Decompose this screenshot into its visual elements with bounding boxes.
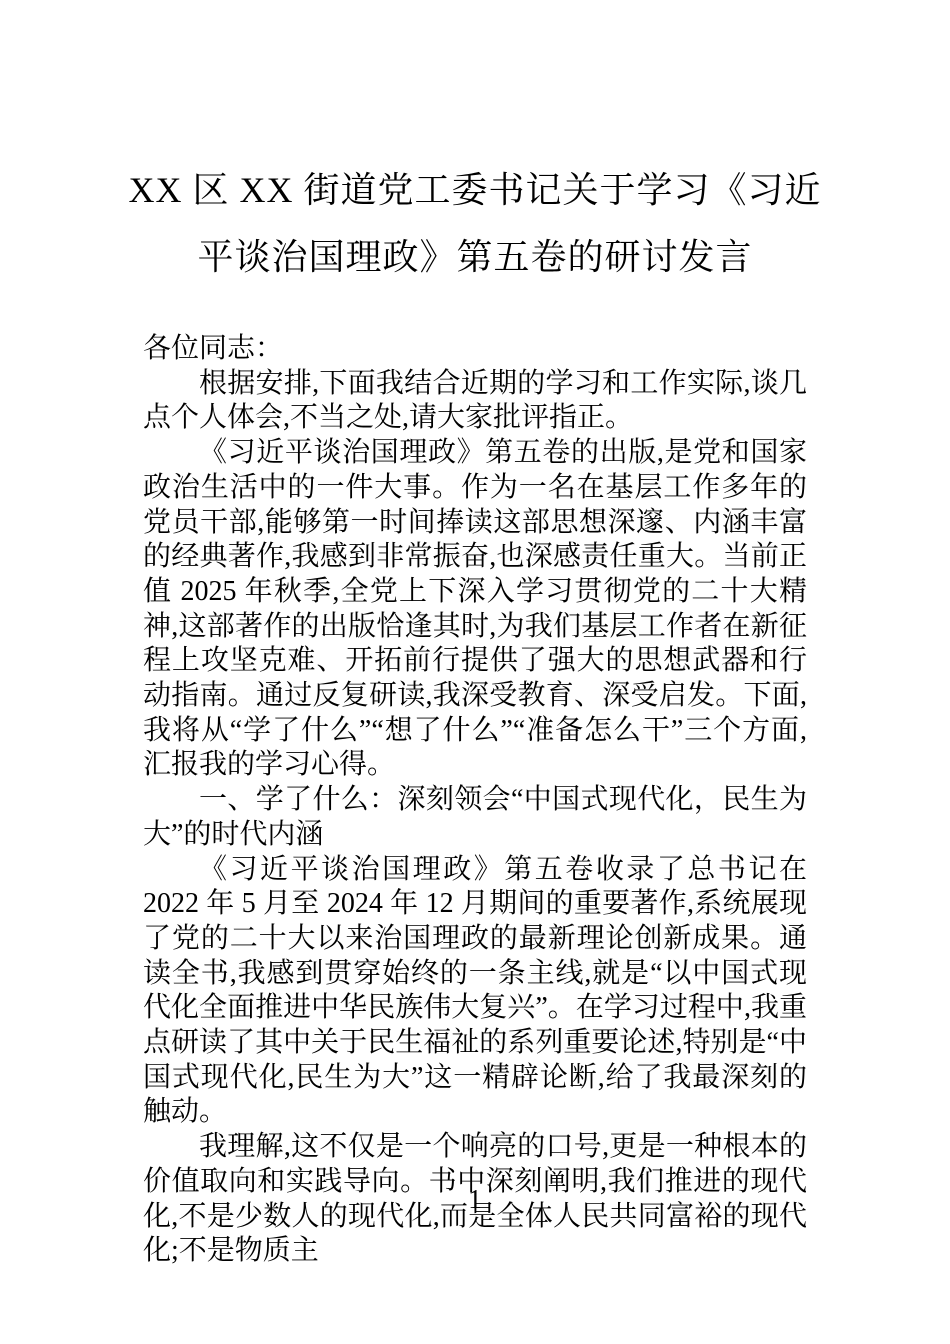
document-body: 各位同志： 根据安排,下面我结合近期的学习和工作实际,谈几点个人体会,不当之处,… [143,332,807,1269]
salutation: 各位同志： [143,332,807,367]
document-title-line-1: XX 区 XX 街道党工委书记关于学习《习近 [70,157,880,224]
paragraph-publication: 《习近平谈治国理政》第五卷的出版,是党和国家政治生活中的一件大事。作为一名在基层… [143,436,807,783]
page-number: 1 [0,1182,950,1217]
document-title: XX 区 XX 街道党工委书记关于学习《习近 平谈治国理政》第五卷的研讨发言 [70,0,880,291]
document-title-line-2: 平谈治国理政》第五卷的研讨发言 [70,224,880,291]
paragraph-opening: 根据安排,下面我结合近期的学习和工作实际,谈几点个人体会,不当之处,请大家批评指… [143,367,807,436]
section-1-heading: 一、学了什么：深刻领会“中国式现代化，民生为大”的时代内涵 [143,783,807,852]
paragraph-volume-overview: 《习近平谈治国理政》第五卷收录了总书记在 2022 年 5 月至 2024 年 … [143,853,807,1131]
document-page: XX 区 XX 街道党工委书记关于学习《习近 平谈治国理政》第五卷的研讨发言 各… [0,0,950,1344]
